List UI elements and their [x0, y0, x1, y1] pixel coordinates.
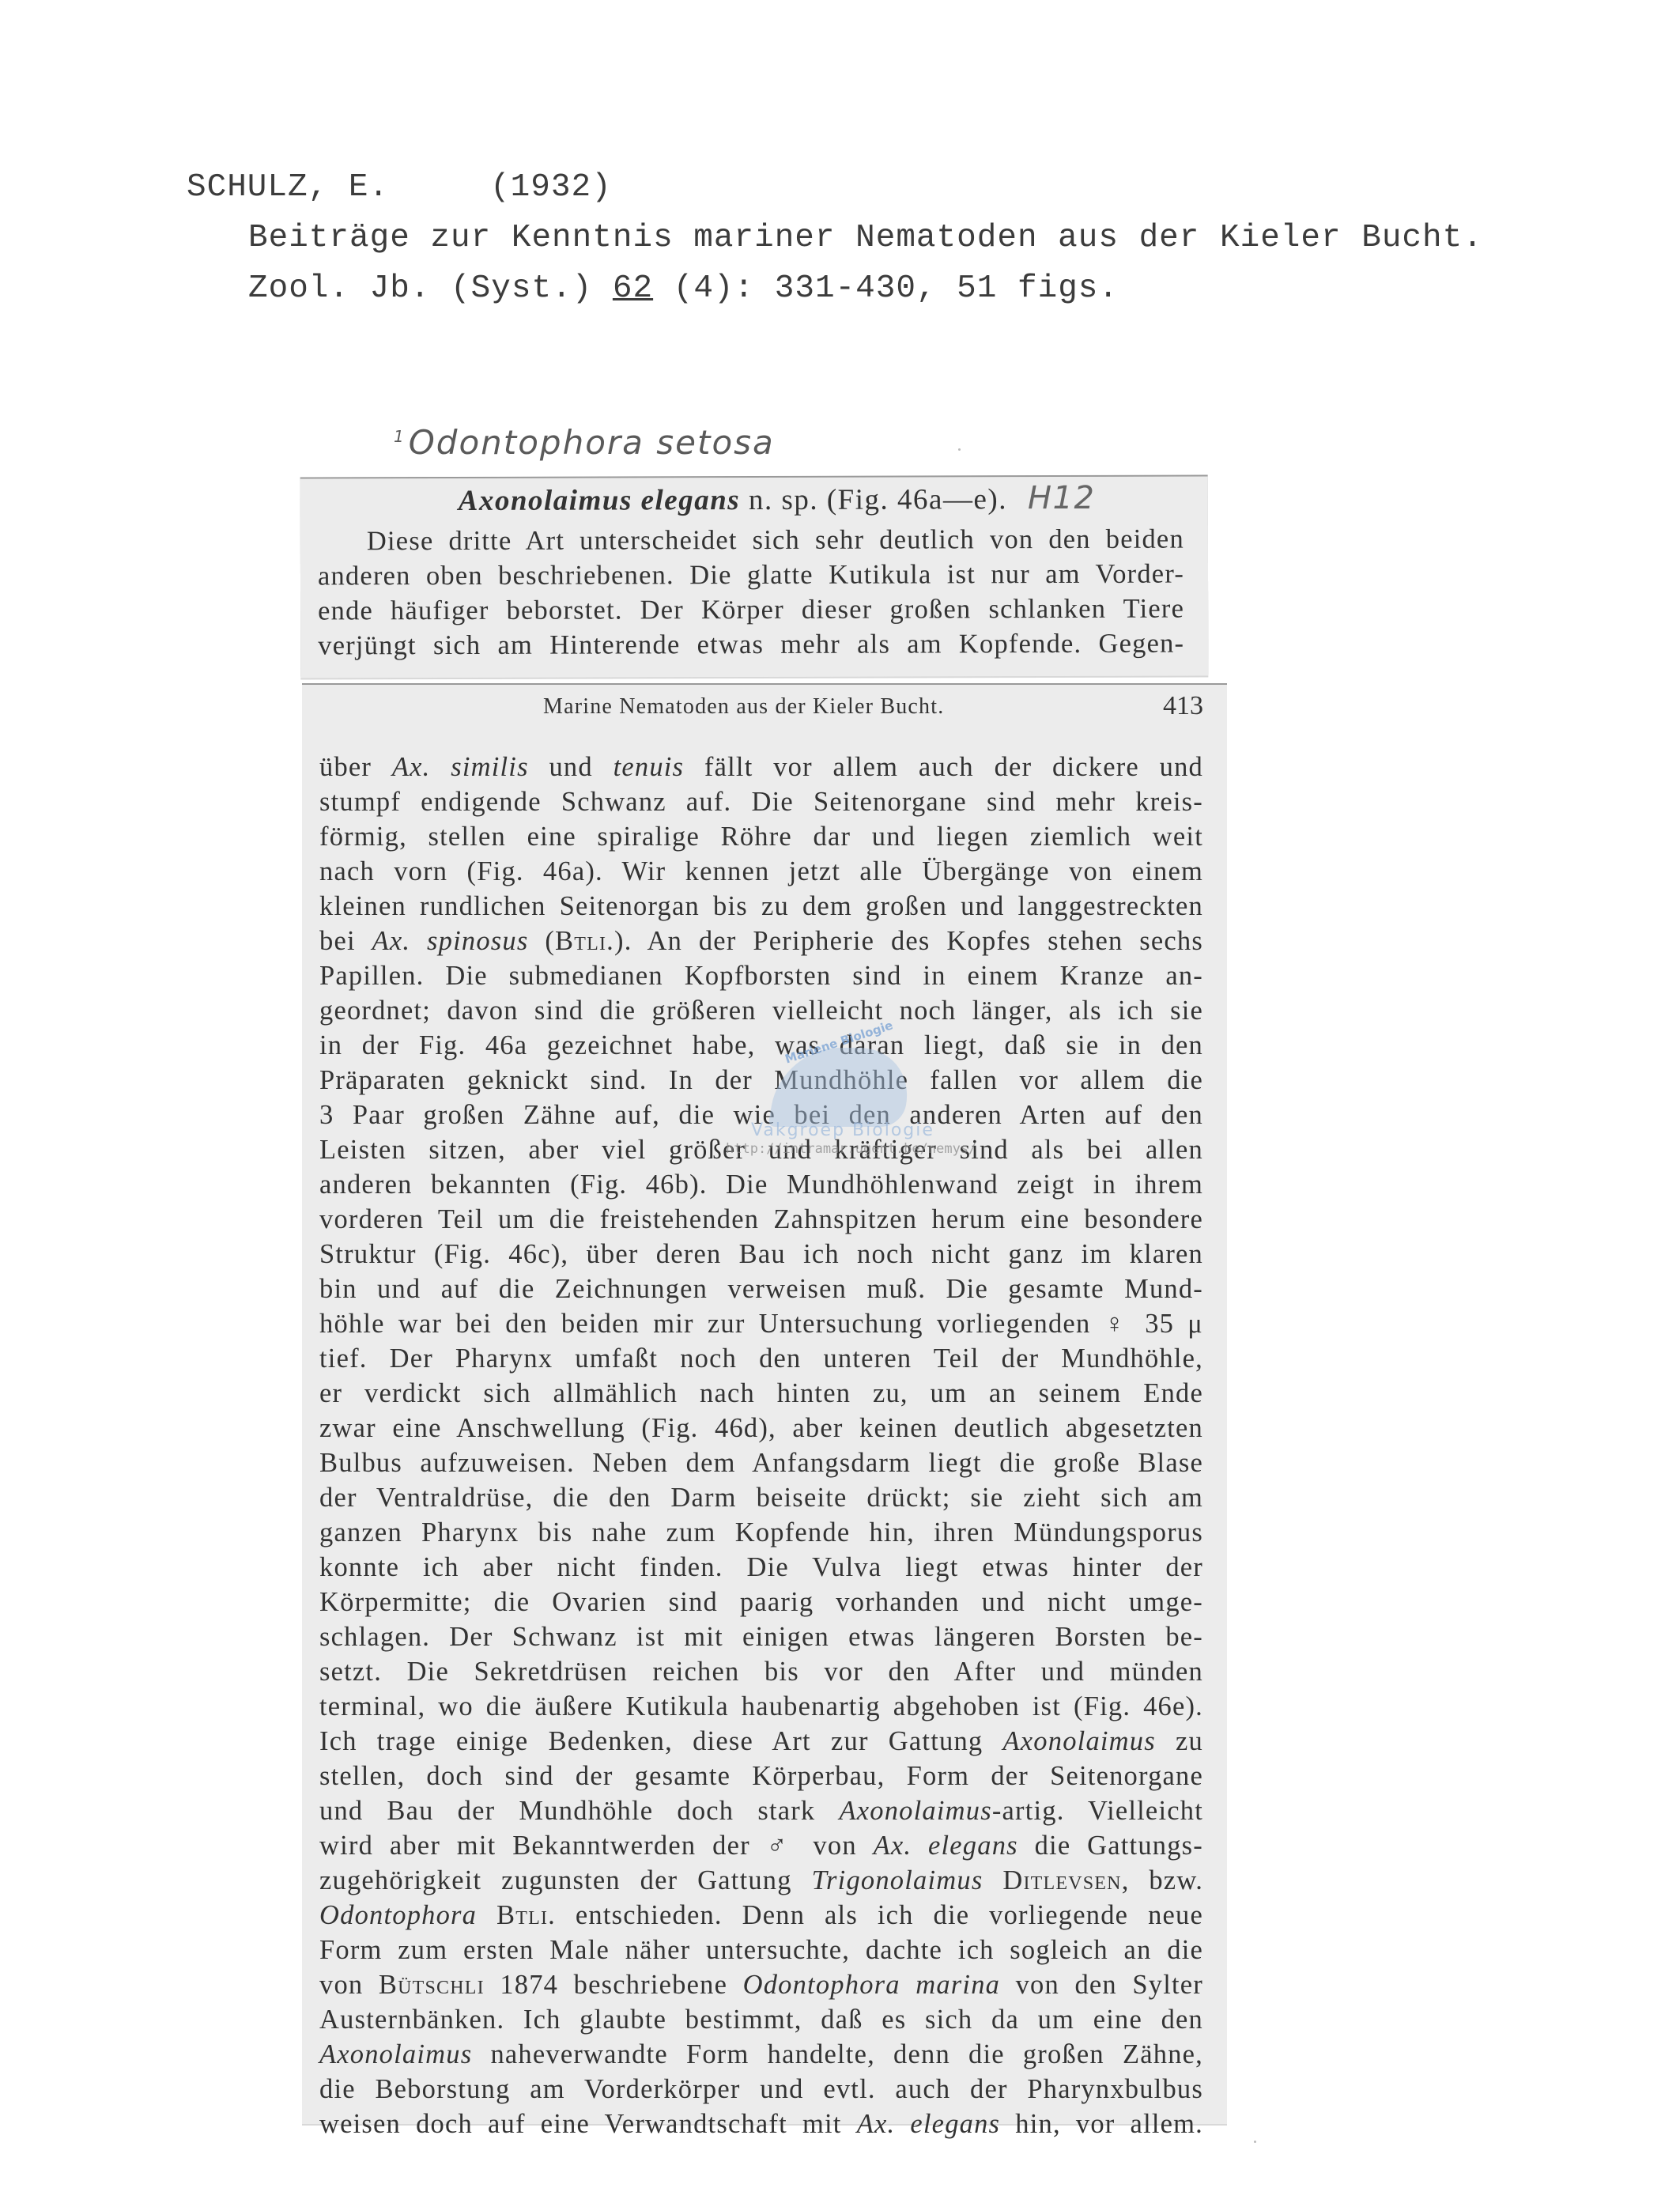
handwritten-marker: H12 — [1028, 480, 1096, 516]
text-line: tief. Der Pharynx umfaßt noch den untere… — [319, 1341, 1203, 1376]
text-line: Odontophora Btli. entschieden. Denn als … — [319, 1898, 1203, 1933]
author: SCHULZ, E. — [187, 169, 389, 206]
clipping-body-text: Diese dritte Art unterscheidet sich sehr… — [318, 522, 1184, 663]
journal-name: Zool. Jb. (Syst.) — [248, 270, 592, 307]
text-line: er verdickt sich allmählich nach hinten … — [319, 1376, 1203, 1411]
clipping-page-413: Marine Nematoden aus der Kieler Bucht. 4… — [302, 685, 1227, 2124]
text-line: bin und auf die Zeichnungen verweisen mu… — [319, 1272, 1203, 1306]
text-line: verjüngt sich am Hinterende etwas mehr a… — [318, 626, 1184, 663]
text-line: von Bütschli 1874 beschriebene Odontopho… — [319, 1967, 1203, 2002]
handwritten-annotation: 1Odontophora setosa — [394, 423, 775, 462]
text-line: setzt. Die Sekretdrüsen reichen bis vor … — [319, 1654, 1203, 1689]
text-line: weisen doch auf eine Verwandtschaft mit … — [319, 2107, 1203, 2141]
scan-speck — [1254, 2141, 1256, 2143]
text-line: in der Fig. 46a gezeichnet habe, was dar… — [319, 1028, 1203, 1063]
text-line: nach vorn (Fig. 46a). Wir kennen jetzt a… — [319, 854, 1203, 889]
scan-speck — [958, 448, 961, 451]
text-line: förmig, stellen eine spiralige Röhre dar… — [319, 819, 1203, 854]
text-line: terminal, wo die äußere Kutikula haubena… — [319, 1689, 1203, 1724]
watermark-url: http://intramar.ugent.be/nemys/ — [726, 1141, 976, 1157]
text-line: wird aber mit Bekanntwerden der ♂ von Ax… — [319, 1828, 1203, 1863]
text-line: Form zum ersten Male näher untersuchte, … — [319, 1933, 1203, 1967]
text-line: anderen oben beschriebenen. Die glatte K… — [318, 557, 1184, 594]
species-name: Axonolaimus elegans — [459, 484, 741, 517]
text-line: kleinen rundlichen Seitenorgan bis zu de… — [319, 889, 1203, 924]
text-line: 3 Paar großen Zähne auf, die wie bei den… — [319, 1098, 1203, 1132]
text-line: die Beborstung am Vorderkörper und evtl.… — [319, 2072, 1203, 2107]
annotation-superscript: 1 — [394, 427, 406, 446]
text-line: ganzen Pharynx bis nahe zum Kopfende hin… — [319, 1515, 1203, 1550]
text-line: Austernbänken. Ich glaubte bestimmt, daß… — [319, 2002, 1203, 2037]
text-line: stumpf endigende Schwanz auf. Die Seiten… — [319, 784, 1203, 819]
text-line: konnte ich aber nicht finden. Die Vulva … — [319, 1550, 1203, 1585]
clipping-species-description: Axonolaimus elegans n. sp. (Fig. 46a—e).… — [300, 476, 1209, 678]
text-line: anderen bekannten (Fig. 46b). Die Mundhö… — [319, 1167, 1203, 1202]
text-line: Bulbus aufzuweisen. Neben dem Anfangsdar… — [319, 1445, 1203, 1480]
year: (1932) — [490, 169, 612, 206]
journal-volume: 62 — [613, 270, 653, 307]
text-line: vorderen Teil um die freistehenden Zahns… — [319, 1202, 1203, 1237]
species-heading: Axonolaimus elegans n. sp. (Fig. 46a—e).… — [459, 480, 1096, 518]
text-line: Struktur (Fig. 46c), über deren Bau ich … — [319, 1237, 1203, 1272]
bibliographic-card-header: SCHULZ, E. (1932) Beiträge zur Kenntnis … — [187, 162, 1483, 314]
annotation-text: Odontophora setosa — [409, 423, 775, 462]
text-line: Axonolaimus naheverwandte Form handelte,… — [319, 2037, 1203, 2072]
text-line: zugehörigkeit zugunsten der Gattung Trig… — [319, 1863, 1203, 1898]
text-line: Diese dritte Art unterscheidet sich sehr… — [318, 522, 1184, 559]
author-year-line: SCHULZ, E. (1932) — [187, 162, 1483, 213]
species-suffix: n. sp. (Fig. 46a—e). — [740, 483, 1007, 516]
article-title: Beiträge zur Kenntnis mariner Nematoden … — [187, 213, 1483, 263]
text-line: geordnet; davon sind die größeren vielle… — [319, 993, 1203, 1028]
page-body-text: über Ax. similis und tenuis fällt vor al… — [319, 750, 1203, 2141]
journal-citation: Zool. Jb. (Syst.) 62 (4): 331-430, 51 fi… — [187, 263, 1483, 314]
text-line: über Ax. similis und tenuis fällt vor al… — [319, 750, 1203, 784]
page-number: 413 — [1163, 691, 1203, 721]
text-line: stellen, doch sind der gesamte Körperbau… — [319, 1759, 1203, 1793]
text-line: schlagen. Der Schwanz ist mit einigen et… — [319, 1619, 1203, 1654]
text-line: bei Ax. spinosus (Btli.). An der Periphe… — [319, 924, 1203, 958]
text-line: Präparaten geknickt sind. In der Mundhöh… — [319, 1063, 1203, 1098]
issue-pages: (4): 331-430, 51 figs. — [674, 270, 1119, 307]
text-line: Papillen. Die submedianen Kopfborsten si… — [319, 958, 1203, 993]
text-line: höhle war bei den beiden mir zur Untersu… — [319, 1306, 1203, 1341]
text-line: Ich trage einige Bedenken, diese Art zur… — [319, 1724, 1203, 1759]
text-line: Körpermitte; die Ovarien sind paarig vor… — [319, 1585, 1203, 1619]
running-head: Marine Nematoden aus der Kieler Bucht. — [543, 694, 944, 720]
text-line: zwar eine Anschwellung (Fig. 46d), aber … — [319, 1411, 1203, 1445]
text-line: ende häufiger beborstet. Der Körper dies… — [318, 591, 1184, 629]
text-line: und Bau der Mundhöhle doch stark Axonola… — [319, 1793, 1203, 1828]
text-line: der Ventraldrüse, die den Darm beiseite … — [319, 1480, 1203, 1515]
